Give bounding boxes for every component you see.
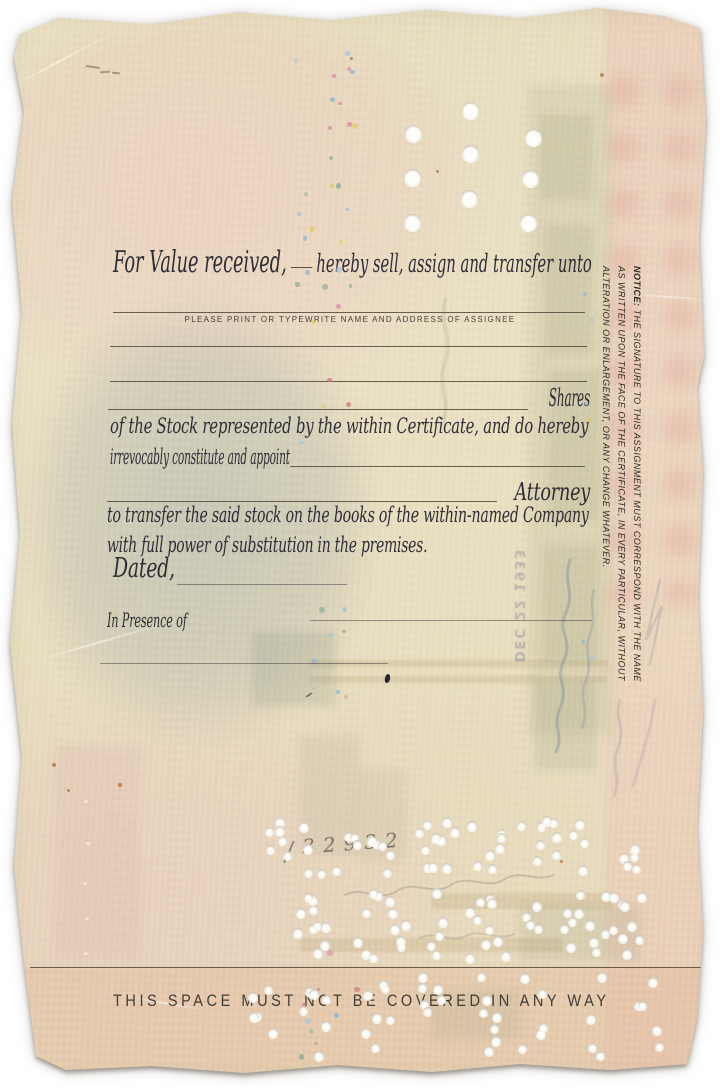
paper-shadow: DEC 22 1933 For Value received, hereby s…	[0, 0, 720, 1088]
punch-hole	[485, 850, 495, 860]
punch-hole	[321, 1021, 331, 1031]
punch-hole	[476, 897, 485, 906]
ink-speck	[305, 692, 313, 698]
confetti-dot	[345, 208, 348, 211]
dated-line	[177, 584, 347, 585]
footer-warning: THIS SPACE MUST NOT BE COVERED IN ANY WA…	[113, 992, 610, 1011]
dated-label: Dated,	[113, 553, 175, 584]
punch-hole	[575, 819, 585, 829]
confetti-dot	[303, 236, 307, 240]
punch-hole	[304, 868, 313, 877]
punch-hole	[404, 169, 421, 186]
punch-hole	[522, 170, 539, 187]
punch-hole	[361, 1028, 371, 1038]
print-showthrough-block	[534, 680, 596, 770]
punch-hole	[576, 890, 585, 899]
punch-hole	[265, 827, 274, 836]
punch-hole	[275, 826, 285, 836]
punch-hole	[401, 920, 411, 930]
confetti-dot	[295, 282, 299, 286]
confetti-dot	[336, 183, 342, 189]
confetti-dot	[300, 441, 304, 445]
punch-hole	[477, 972, 486, 981]
confetti-dot	[349, 284, 352, 287]
punch-hole	[492, 1012, 502, 1022]
confetti-dot	[310, 227, 314, 231]
punch-hole	[386, 1015, 395, 1024]
punch-hole	[520, 214, 537, 231]
punch-hole	[332, 866, 341, 875]
punch-hole	[539, 1023, 548, 1032]
rust-speck	[67, 789, 70, 792]
footer-rule	[30, 967, 704, 968]
confetti-dot	[319, 607, 325, 613]
notice-line-2: AS WRITTEN UPON THE FACE OF THE CERTIFIC…	[613, 266, 629, 682]
punch-hole	[473, 915, 482, 924]
punch-hole	[481, 939, 491, 949]
punch-hole	[501, 951, 511, 961]
punch-hole	[465, 907, 475, 917]
punch-hole	[484, 1046, 494, 1056]
punch-hole	[560, 924, 569, 933]
staple-mark	[86, 65, 100, 69]
punch-hole	[622, 949, 632, 959]
confetti-dot	[322, 405, 326, 409]
confetti-dot	[327, 950, 332, 955]
punch-hole	[569, 830, 578, 839]
confetti-dot	[350, 70, 354, 74]
punch-hole	[418, 972, 428, 982]
punch-hole	[497, 829, 506, 838]
punch-hole	[487, 898, 497, 908]
punch-hole	[390, 924, 400, 934]
punch-hole	[485, 925, 494, 934]
witness-label: In Presence of	[107, 608, 187, 632]
punch-hole	[592, 947, 601, 956]
opening-script-rest: hereby sell, assign and transfer unto	[316, 249, 591, 278]
punch-hole	[397, 942, 406, 951]
punch-hole	[396, 936, 406, 946]
punch-hole	[632, 864, 641, 873]
punch-hole	[404, 214, 421, 231]
punch-hole	[533, 856, 542, 865]
punch-hole	[293, 928, 303, 938]
punch-hole	[383, 868, 392, 877]
showthrough-strip	[300, 938, 562, 952]
confetti-dot	[342, 630, 346, 634]
punch-hole	[518, 1044, 527, 1053]
punch-hole	[313, 948, 323, 958]
confetti-dot	[314, 1042, 318, 1046]
punch-hole	[493, 936, 503, 946]
punch-hole	[588, 1043, 597, 1052]
punch-hole	[249, 1012, 259, 1022]
confetti-dot	[334, 1013, 339, 1018]
clause-line-2: irrevocably constitute and appoint	[110, 445, 290, 469]
punch-hole	[362, 908, 371, 917]
punch-hole	[623, 861, 632, 870]
pencil-tick-mark	[283, 841, 295, 864]
punch-hole	[638, 1001, 647, 1010]
confetti-dot	[294, 59, 298, 63]
confetti-dot	[336, 690, 340, 694]
signature-notice: NOTICE: THE SIGNATURE TO THIS ASSIGNMENT…	[592, 266, 644, 682]
confetti-dot	[347, 67, 351, 71]
punch-hole	[438, 917, 448, 927]
rust-speck	[52, 763, 56, 767]
punch-hole	[435, 931, 444, 940]
confetti-dot	[304, 192, 308, 196]
rust-speck	[118, 783, 122, 787]
punch-hole	[491, 1036, 501, 1046]
punch-hole	[85, 915, 89, 919]
clause-line-3: to transfer the said stock on the books …	[107, 503, 589, 527]
punch-hole	[442, 817, 452, 827]
punch-hole	[497, 833, 506, 842]
punch-hole	[462, 102, 479, 119]
punch-hole	[517, 821, 526, 830]
punch-hole	[597, 972, 607, 982]
assignment-opening-line: For Value received, hereby sell, assign …	[113, 245, 592, 280]
attorney-label: Attorney	[502, 478, 590, 506]
appoint-line	[290, 466, 585, 467]
punch-hole	[296, 908, 306, 918]
punch-hole	[549, 818, 558, 827]
punch-hole	[353, 937, 363, 947]
staple-mark	[112, 72, 120, 75]
punch-hole	[635, 935, 644, 944]
punch-hole	[525, 129, 542, 146]
punch-hole	[580, 838, 589, 847]
rust-speck	[600, 73, 604, 77]
punch-hole	[266, 845, 275, 854]
confetti-dot	[328, 633, 332, 637]
showthrough-strip	[432, 893, 612, 909]
punch-hole	[552, 832, 562, 842]
punch-hole	[620, 901, 630, 911]
punch-hole	[619, 853, 629, 863]
print-showthrough-block	[252, 632, 336, 706]
confetti-dot	[330, 97, 335, 102]
punch-hole	[374, 891, 383, 900]
shares-label: Shares	[520, 384, 590, 412]
confetti-dot	[346, 402, 351, 407]
name-blank	[291, 266, 312, 268]
rust-speck	[560, 860, 563, 863]
confetti-dot	[297, 212, 301, 216]
paper-crease	[2, 30, 118, 93]
punch-hole	[428, 862, 438, 872]
punch-hole	[252, 1011, 262, 1021]
punch-hole	[321, 922, 331, 932]
punch-hole	[566, 942, 576, 952]
punch-hole	[405, 125, 422, 142]
punch-hole	[563, 908, 572, 917]
punch-hole	[432, 950, 441, 959]
punch-hole	[532, 901, 542, 911]
punch-hole	[526, 920, 535, 929]
punch-hole	[652, 1025, 662, 1035]
confetti-dot	[312, 687, 315, 690]
punch-hole	[536, 1029, 546, 1039]
punch-hole	[432, 888, 442, 898]
ink-speck	[384, 674, 391, 684]
punch-hole	[618, 933, 628, 943]
punch-hole	[534, 924, 543, 933]
confetti-dot	[345, 51, 350, 56]
punch-hole	[385, 896, 395, 906]
punch-hole	[462, 145, 479, 162]
punch-hole	[436, 835, 446, 845]
punch-hole	[320, 940, 330, 950]
punch-hole	[574, 908, 584, 918]
notice-line-1: NOTICE: THE SIGNATURE TO THIS ASSIGNMENT…	[629, 266, 645, 682]
punch-hole	[415, 828, 424, 837]
showthrough-strip	[308, 676, 606, 683]
punch-hole	[542, 816, 552, 826]
punch-hole	[596, 1051, 605, 1060]
pink-blush-top-left	[0, 20, 480, 400]
confetti-dot	[329, 156, 333, 160]
date-stamp-showthrough: DEC 22 1933	[510, 540, 526, 670]
confetti-dot	[330, 184, 335, 189]
punch-hole	[586, 1014, 596, 1024]
punch-hole	[309, 924, 318, 933]
punch-hole	[473, 861, 482, 870]
print-showthrough-block	[55, 745, 140, 960]
print-showthrough-block	[520, 905, 640, 960]
punch-hole	[369, 889, 378, 898]
punch-hole	[461, 190, 478, 207]
print-showthrough-block	[543, 545, 598, 665]
punch-hole	[423, 862, 433, 872]
clause-line-1: of the Stock represented by the within C…	[110, 414, 588, 438]
punch-hole	[299, 822, 309, 832]
staple-mark	[100, 71, 110, 74]
punch-hole	[450, 827, 460, 837]
punch-hole	[268, 1028, 278, 1038]
confetti-dot	[317, 988, 320, 991]
confetti-dot	[305, 1018, 311, 1024]
confetti-dot	[318, 1058, 322, 1062]
opening-script: For Value received,	[113, 245, 287, 280]
punch-hole	[601, 891, 611, 901]
punch-hole	[627, 921, 637, 931]
punch-hole	[655, 1042, 664, 1051]
punch-hole	[371, 1043, 380, 1052]
assignee-line-1	[113, 312, 585, 313]
confetti-dot	[322, 284, 328, 290]
punch-hole	[537, 822, 546, 831]
punch-hole	[648, 977, 658, 987]
punch-hole	[637, 892, 647, 902]
punch-hole	[421, 845, 430, 854]
punch-hole	[634, 1001, 643, 1010]
punch-hole	[578, 865, 588, 875]
punch-hole	[490, 1024, 499, 1033]
punch-hole	[427, 941, 436, 950]
notice-line-3: ALTERATION OR ENLARGEMENT, OR ANY CHANGE…	[598, 266, 614, 682]
print-showthrough-block	[540, 115, 592, 200]
punch-hole	[314, 1051, 324, 1061]
confetti-dot	[342, 607, 347, 612]
punch-hole	[317, 869, 326, 878]
confetti-dot	[347, 122, 352, 127]
punch-hole	[467, 821, 477, 831]
punch-hole	[83, 880, 87, 884]
punch-hole	[275, 817, 285, 827]
punch-hole	[86, 840, 90, 844]
punch-hole	[536, 840, 545, 849]
punch-hole	[568, 917, 577, 926]
punch-hole	[630, 852, 639, 861]
confetti-dot	[338, 102, 341, 105]
confetti-dot	[339, 240, 343, 244]
punch-hole	[630, 844, 640, 854]
confetti-dot	[581, 640, 585, 644]
punch-hole	[585, 920, 595, 930]
punch-hole	[442, 863, 452, 873]
confetti-dot	[583, 292, 587, 296]
confetti-dot	[328, 126, 332, 130]
punch-hole	[309, 905, 318, 914]
punch-hole	[379, 980, 388, 989]
confetti-dot	[332, 74, 336, 78]
punch-hole	[486, 894, 495, 903]
punch-hole	[84, 950, 88, 954]
punch-hole	[278, 836, 287, 845]
signature-line	[310, 620, 592, 621]
assignee-line-3	[110, 381, 587, 382]
confetti-dot	[299, 1054, 304, 1059]
punch-hole	[388, 908, 398, 918]
punch-hole	[609, 925, 618, 934]
punch-hole	[369, 953, 378, 962]
rust-speck	[350, 57, 353, 60]
assignee-line-2	[110, 346, 587, 347]
punch-hole	[84, 798, 88, 802]
bottom-tint-band	[24, 967, 706, 1077]
punch-hole	[308, 895, 318, 905]
confetti-dot	[344, 695, 348, 699]
punch-hole	[618, 899, 628, 909]
punch-hole	[431, 833, 441, 843]
punch-hole	[418, 982, 427, 991]
punch-hole	[609, 892, 619, 902]
scanned-stock-certificate-back: DEC 22 1933 For Value received, hereby s…	[0, 0, 720, 1088]
confetti-dot	[352, 123, 358, 129]
punch-hole	[465, 953, 475, 963]
punch-hole	[552, 850, 561, 859]
shares-line	[108, 409, 528, 410]
attorney-line	[107, 501, 497, 502]
punch-hole	[488, 864, 497, 873]
punch-hole	[589, 937, 599, 947]
punch-hole	[520, 973, 530, 983]
confetti-dot	[336, 304, 341, 309]
punch-hole	[372, 1013, 382, 1023]
punch-hole	[495, 843, 505, 853]
punch-hole	[522, 912, 531, 921]
punch-hole	[418, 983, 427, 992]
punch-hole	[423, 820, 432, 829]
witness-line	[100, 663, 388, 664]
punch-hole	[304, 893, 313, 902]
certificate-paper: DEC 22 1933 For Value received, hereby s…	[0, 0, 720, 1088]
assignee-caption: PLEASE PRINT OR TYPEWRITE NAME AND ADDRE…	[150, 315, 550, 324]
punch-hole	[601, 929, 610, 938]
punch-hole	[361, 949, 371, 959]
rust-speck	[436, 170, 439, 173]
punch-hole	[313, 921, 322, 930]
confetti-dot	[309, 1029, 314, 1034]
pencil-number: 32932	[301, 827, 406, 858]
